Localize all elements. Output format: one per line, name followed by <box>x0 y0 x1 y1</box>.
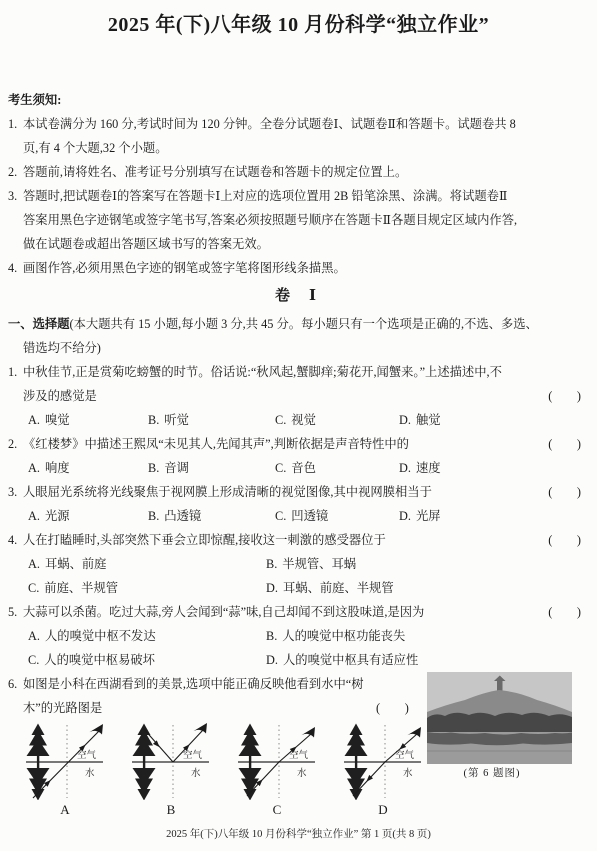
option-b: B.凸透镜 <box>148 504 275 528</box>
options-row: A.耳蜗、前庭 B.半规管、耳蜗 <box>23 552 585 576</box>
option-b: B.听觉 <box>148 408 275 432</box>
page-content: 考生须知: 1.本试卷满分为 160 分,考试时间为 120 分钟。全卷分试题卷… <box>8 88 585 822</box>
options-row: C.前庭、半规管 D.耳蜗、前庭、半规管 <box>23 576 585 600</box>
question-number: 3. <box>8 480 23 504</box>
air-label: 空气 <box>395 749 415 761</box>
photo-caption: (第 6 题图) <box>427 766 572 782</box>
notice-item-text: 答题前,请将姓名、准考证号分别填写在试题卷和答题卡的规定位置上。 <box>23 165 407 179</box>
eye-icon <box>406 727 421 738</box>
option-c: C.视觉 <box>275 408 399 432</box>
answer-bracket: ( ) <box>548 480 581 504</box>
options-row: A.响度 B.音调 C.音色 D.速度 <box>23 456 585 480</box>
light-path-diagram-b: 空气 水 B <box>131 722 211 818</box>
water-label: 水 <box>85 767 95 779</box>
water-label: 水 <box>297 767 307 779</box>
diagram-choice-label: D <box>343 802 423 818</box>
option-c: C.前庭、半规管 <box>28 576 266 600</box>
notice-item-number: 3. <box>8 184 23 208</box>
tree-icon <box>27 724 50 763</box>
option-d: D.光屏 <box>399 504 585 528</box>
option-c: C.人的嗅觉中枢易破坏 <box>28 648 266 672</box>
volume-heading: 卷 Ⅰ <box>8 284 585 308</box>
answer-bracket: ( ) <box>548 528 581 552</box>
tree-reflection-icon <box>133 762 156 801</box>
section-one-rules: (本大题共有 15 小题,每小题 3 分,共 45 分。每小题只有一个选项是正确… <box>23 317 538 355</box>
option-c: C.凹透镜 <box>275 504 399 528</box>
option-a: A.光源 <box>28 504 148 528</box>
diagram-choice-label: A <box>25 802 105 818</box>
west-lake-photo <box>427 672 572 764</box>
notice-item-text: 答题时,把试题卷Ⅰ的答案写在答题卡Ⅰ上对应的选项位置用 2B 铅笔涂黑、涂满。将… <box>23 189 517 251</box>
question-2: 2.《红楼梦》中描述王熙凤“未见其人,先闻其声”,判断依据是声音特性中的 ( )… <box>8 432 585 480</box>
notice-item: 1.本试卷满分为 160 分,考试时间为 120 分钟。全卷分试题卷Ⅰ、试题卷Ⅱ… <box>8 112 585 160</box>
question-4: 4.人在打瞌睡时,头部突然下垂会立即惊醒,接收这一刺激的感受器位于 ( ) A.… <box>8 528 585 600</box>
question-5: 5.大蒜可以杀菌。吃过大蒜,旁人会闻到“蒜”味,自己却闻不到这股味道,是因为 (… <box>8 600 585 672</box>
tree-icon <box>239 724 262 763</box>
question-text: 中秋佳节,正是赏菊吃螃蟹的时节。俗话说:“秋风起,蟹脚痒;菊花开,闻蟹来。”上述… <box>23 365 502 403</box>
option-a: A.耳蜗、前庭 <box>28 552 266 576</box>
water-label: 水 <box>191 767 201 779</box>
option-b: B.半规管、耳蜗 <box>266 552 585 576</box>
option-d: D.速度 <box>399 456 585 480</box>
option-a: A.人的嗅觉中枢不发达 <box>28 624 266 648</box>
option-c: C.音色 <box>275 456 399 480</box>
question-text: 大蒜可以杀菌。吃过大蒜,旁人会闻到“蒜”味,自己却闻不到这股味道,是因为 <box>23 605 424 619</box>
notice-item-number: 4. <box>8 256 23 280</box>
option-a: A.嗅觉 <box>28 408 148 432</box>
exam-paper-page: 2025 年(下)八年级 10 月份科学“独立作业” 考生须知: 1.本试卷满分… <box>0 0 597 851</box>
answer-bracket: ( ) <box>376 696 409 720</box>
notice-item-text: 本试卷满分为 160 分,考试时间为 120 分钟。全卷分试题卷Ⅰ、试题卷Ⅱ和答… <box>23 117 516 155</box>
notice-item: 3.答题时,把试题卷Ⅰ的答案写在答题卡Ⅰ上对应的选项位置用 2B 铅笔涂黑、涂满… <box>8 184 585 256</box>
section-one-heading: 一、选择题(本大题共有 15 小题,每小题 3 分,共 45 分。每小题只有一个… <box>8 312 585 360</box>
option-b: B.音调 <box>148 456 275 480</box>
light-path-diagram-c: 空气 水 C <box>237 722 317 818</box>
option-b: B.人的嗅觉中枢功能丧失 <box>266 624 585 648</box>
diagram-choice-label: C <box>237 802 317 818</box>
notice-heading: 考生须知: <box>8 88 585 112</box>
question-number: 4. <box>8 528 23 552</box>
photo-tree-band <box>427 713 572 732</box>
question-3: 3.人眼屈光系统将光线聚焦于视网膜上形成清晰的视觉图像,其中视网膜相当于 ( )… <box>8 480 585 528</box>
eye-icon <box>300 727 315 738</box>
tree-reflection-icon <box>345 762 368 801</box>
question-number: 6. <box>8 672 23 696</box>
question-text: 《红楼梦》中描述王熙凤“未见其人,先闻其声”,判断依据是声音特性中的 <box>23 437 409 451</box>
light-path-diagram-a: 空气 水 A <box>25 722 105 818</box>
air-label: 空气 <box>289 749 309 761</box>
air-label: 空气 <box>183 749 203 761</box>
notice-item-text: 画图作答,必须用黑色字迹的钢笔或签字笔将图形线条描黑。 <box>23 261 346 275</box>
eye-icon <box>192 723 207 734</box>
eye-icon <box>88 724 103 735</box>
light-path-diagram-d: 空气 水 D <box>343 722 423 818</box>
diagram-choice-label: B <box>131 802 211 818</box>
options-row: A.人的嗅觉中枢不发达 B.人的嗅觉中枢功能丧失 <box>23 624 585 648</box>
page-title: 2025 年(下)八年级 10 月份科学“独立作业” <box>0 8 597 37</box>
diagram-b-figure: 空气 水 <box>131 722 211 800</box>
tree-reflection-icon <box>239 762 262 801</box>
option-d: D.人的嗅觉中枢具有适应性 <box>266 648 585 672</box>
answer-bracket: ( ) <box>548 600 581 624</box>
question-text: 如图是小科在西湖看到的美景,选项中能正确反映他看到水中“树 木”的光路图是 <box>23 677 364 715</box>
tree-icon <box>345 724 368 763</box>
notice-item: 2.答题前,请将姓名、准考证号分别填写在试题卷和答题卡的规定位置上。 <box>8 160 585 184</box>
page-footer: 2025 年(下)八年级 10 月份科学“独立作业” 第 1 页(共 8 页) <box>0 826 597 841</box>
question-number: 1. <box>8 360 23 384</box>
options-row: A.光源 B.凸透镜 C.凹透镜 D.光屏 <box>23 504 585 528</box>
option-d: D.耳蜗、前庭、半规管 <box>266 576 585 600</box>
answer-bracket: ( ) <box>548 384 581 408</box>
question-1: 1.中秋佳节,正是赏菊吃螃蟹的时节。俗话说:“秋风起,蟹脚痒;菊花开,闻蟹来。”… <box>8 360 585 432</box>
air-label: 空气 <box>77 749 97 761</box>
options-row: C.人的嗅觉中枢易破坏 D.人的嗅觉中枢具有适应性 <box>23 648 585 672</box>
question-text: 人眼屈光系统将光线聚焦于视网膜上形成清晰的视觉图像,其中视网膜相当于 <box>23 485 432 499</box>
notice-item-number: 2. <box>8 160 23 184</box>
diagram-d-figure: 空气 水 <box>343 722 423 800</box>
options-row: A.嗅觉 B.听觉 C.视觉 D.触觉 <box>23 408 585 432</box>
diagram-c-figure: 空气 水 <box>237 722 317 800</box>
question-number: 2. <box>8 432 23 456</box>
question-6: 6.如图是小科在西湖看到的美景,选项中能正确反映他看到水中“树 木”的光路图是 … <box>8 672 585 822</box>
section-one-title: 一、选择题 <box>8 317 70 331</box>
question-number: 5. <box>8 600 23 624</box>
water-label: 水 <box>403 767 413 779</box>
answer-bracket: ( ) <box>548 432 581 456</box>
notice-item-number: 1. <box>8 112 23 136</box>
west-lake-photo-image <box>427 672 572 764</box>
option-a: A.响度 <box>28 456 148 480</box>
option-d: D.触觉 <box>399 408 585 432</box>
tree-reflection-icon <box>27 762 50 801</box>
photo-water-streak <box>427 750 572 752</box>
diagram-a-figure: 空气 水 <box>25 722 105 800</box>
notice-item: 4.画图作答,必须用黑色字迹的钢笔或签字笔将图形线条描黑。 <box>8 256 585 280</box>
question-text: 人在打瞌睡时,头部突然下垂会立即惊醒,接收这一刺激的感受器位于 <box>23 533 386 547</box>
